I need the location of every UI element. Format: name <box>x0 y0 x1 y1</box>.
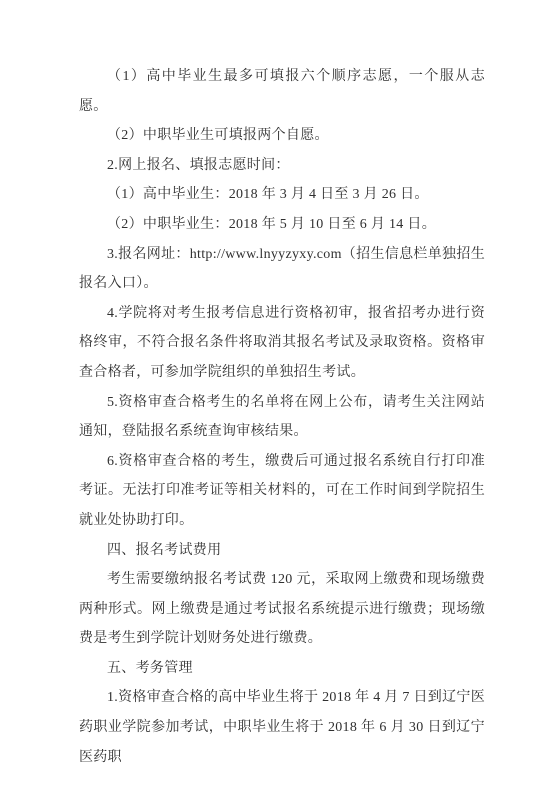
paragraph-print-admission-ticket: 6.资格审查合格的考生，缴费后可通过报名系统自行打印准考证。无法打印准考证等相关… <box>79 447 485 536</box>
paragraph-volunteer-vocational: （2）中职毕业生可填报两个自愿。 <box>79 121 485 151</box>
paragraph-exam-fee-detail: 考生需要缴纳报名考试费 120 元，采取网上缴费和现场缴费两种形式。网上缴费是通… <box>79 565 485 654</box>
paragraph-time-vocational: （2）中职毕业生：2018 年 5 月 10 日至 6 月 14 日。 <box>79 210 485 240</box>
section-heading-exam-fee: 四、报名考试费用 <box>79 536 485 566</box>
paragraph-result-publication: 5.资格审查合格考生的名单将在网上公布，请考生关注网站通知，登陆报名系统查询审核… <box>79 388 485 447</box>
paragraph-registration-url: 3.报名网址：http://www.lnyyzyxy.com（招生信息栏单独招生… <box>79 240 485 299</box>
paragraph-volunteer-highschool: （1）高中毕业生最多可填报六个顺序志愿，一个服从志愿。 <box>79 62 485 121</box>
paragraph-exam-dates: 1.资格审查合格的高中毕业生将于 2018 年 4 月 7 日到辽宁医药职业学院… <box>79 683 485 772</box>
section-heading-exam-management: 五、考务管理 <box>79 654 485 684</box>
paragraph-qualification-review: 4.学院将对考生报考信息进行资格初审，报省招考办进行资格终审，不符合报名条件将取… <box>79 299 485 388</box>
paragraph-time-highschool: （1）高中毕业生：2018 年 3 月 4 日至 3 月 26 日。 <box>79 180 485 210</box>
document-text-block: （1）高中毕业生最多可填报六个顺序志愿，一个服从志愿。 （2）中职毕业生可填报两… <box>79 62 485 772</box>
document-page: （1）高中毕业生最多可填报六个顺序志愿，一个服从志愿。 （2）中职毕业生可填报两… <box>0 0 560 792</box>
paragraph-registration-time-heading: 2.网上报名、填报志愿时间： <box>79 151 485 181</box>
